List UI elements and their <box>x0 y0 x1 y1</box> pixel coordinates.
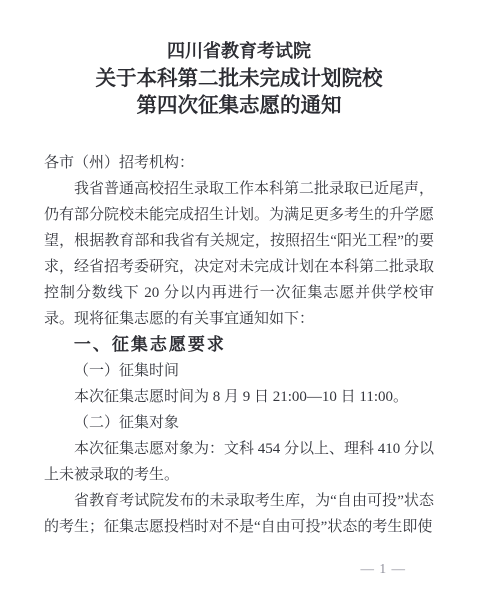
section-1-item-1-body: 本次征集志愿时间为 8 月 9 日 21:00—10 日 11:00。 <box>44 384 434 410</box>
title-line-notice-type: 第四次征集志愿的通知 <box>0 93 478 121</box>
title-line-subject: 关于本科第二批未完成计划院校 <box>0 66 478 94</box>
document-body: 各市（州）招考机构： 我省普通高校招生录取工作本科第二批录取已近尾声，仍有部分院… <box>44 150 434 540</box>
section-1-item-2-heading: （二）征集对象 <box>44 410 434 436</box>
page-number: — 1 — <box>361 561 407 577</box>
section-1-heading: 一、征集志愿要求 <box>44 332 434 358</box>
title-line-issuer: 四川省教育考试院 <box>0 38 478 66</box>
section-1-item-2-body: 本次征集志愿对象为：文科 454 分以上、理科 410 分以上未被录取的考生。 <box>44 436 434 488</box>
salutation: 各市（州）招考机构： <box>44 150 434 176</box>
document-title: 四川省教育考试院 关于本科第二批未完成计划院校 第四次征集志愿的通知 <box>0 0 478 121</box>
section-1-item-1-heading: （一）征集时间 <box>44 358 434 384</box>
document-page: 四川省教育考试院 关于本科第二批未完成计划院校 第四次征集志愿的通知 各市（州）… <box>0 0 478 595</box>
intro-paragraph: 我省普通高校招生录取工作本科第二批录取已近尾声，仍有部分院校未能完成招生计划。为… <box>44 176 434 332</box>
section-1-item-2-body-continued: 省教育考试院发布的未录取考生库，为“自由可投”状态的考生；征集志愿投档时对不是“… <box>44 488 434 540</box>
